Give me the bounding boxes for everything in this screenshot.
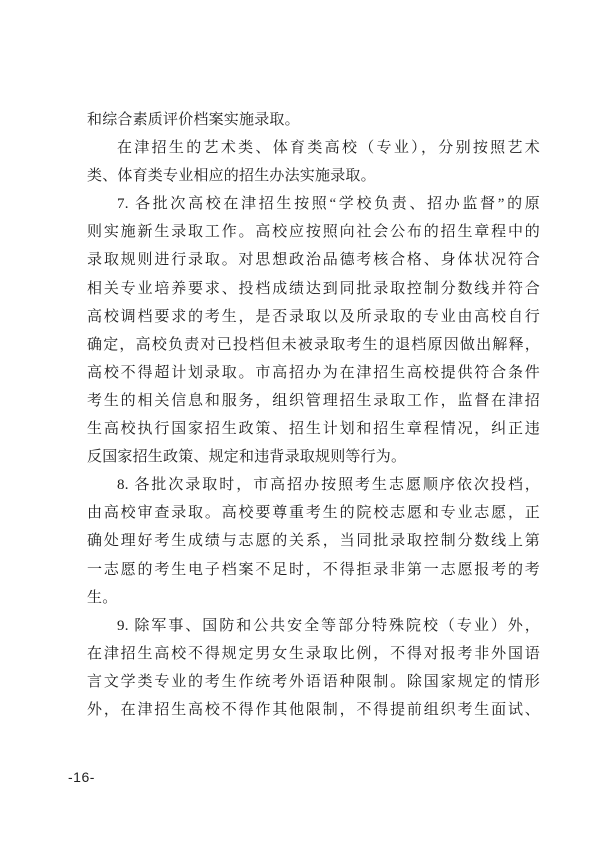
text-line: 一志愿的考生电子档案不足时，不得拒录非第一志愿报考的考: [87, 556, 540, 584]
text-line: 由高校审查录取。高校要尊重考生的院校志愿和专业志愿，正: [87, 499, 540, 527]
text-line: 高校调档要求的考生，是否录取以及所录取的专业由高校自行: [87, 303, 540, 331]
text-line: 在津招生的艺术类、体育类高校（专业），分别按照艺术: [87, 134, 540, 162]
text-line: 录取规则进行录取。对思想政治品德考核合格、身体状况符合: [87, 246, 540, 274]
text-line: 则实施新生录取工作。高校应按照向社会公布的招生章程中的: [87, 218, 540, 246]
text-line: 和综合素质评价档案实施录取。: [87, 106, 540, 134]
page-number: -16-: [68, 768, 95, 786]
document-page: 和综合素质评价档案实施录取。 在津招生的艺术类、体育类高校（专业），分别按照艺术…: [0, 0, 595, 842]
text-line: 高校不得超计划录取。市高招办为在津招生高校提供符合条件: [87, 359, 540, 387]
body-text: 和综合素质评价档案实施录取。 在津招生的艺术类、体育类高校（专业），分别按照艺术…: [87, 106, 540, 724]
text-line: 生高校执行国家招生政策、招生计划和招生章程情况，纠正违: [87, 415, 540, 443]
text-line: 相关专业培养要求、投档成绩达到同批录取控制分数线并符合: [87, 275, 540, 303]
text-line-item-7: 7. 各批次高校在津招生按照“学校负责、招办监督”的原: [87, 190, 540, 218]
text-line: 外，在津招生高校不得作其他限制，不得提前组织考生面试、: [87, 696, 540, 724]
text-line: 生。: [87, 584, 540, 612]
text-line: 类、体育类专业相应的招生办法实施录取。: [87, 162, 540, 190]
text-line: 在津招生高校不得规定男女生录取比例，不得对报考非外国语: [87, 640, 540, 668]
text-line: 反国家招生政策、规定和违背录取规则等行为。: [87, 443, 540, 471]
text-line-item-9: 9. 除军事、国防和公共安全等部分特殊院校（专业）外，: [87, 612, 540, 640]
text-line-item-8: 8. 各批次录取时，市高招办按照考生志愿顺序依次投档，: [87, 471, 540, 499]
text-line: 确处理好考生成绩与志愿的关系，当同批录取控制分数线上第: [87, 527, 540, 555]
text-line: 考生的相关信息和服务，组织管理招生录取工作，监督在津招: [87, 387, 540, 415]
text-line: 言文学类专业的考生作统考外语语种限制。除国家规定的情形: [87, 668, 540, 696]
text-line: 确定，高校负责对已投档但未被录取考生的退档原因做出解释，: [87, 331, 540, 359]
